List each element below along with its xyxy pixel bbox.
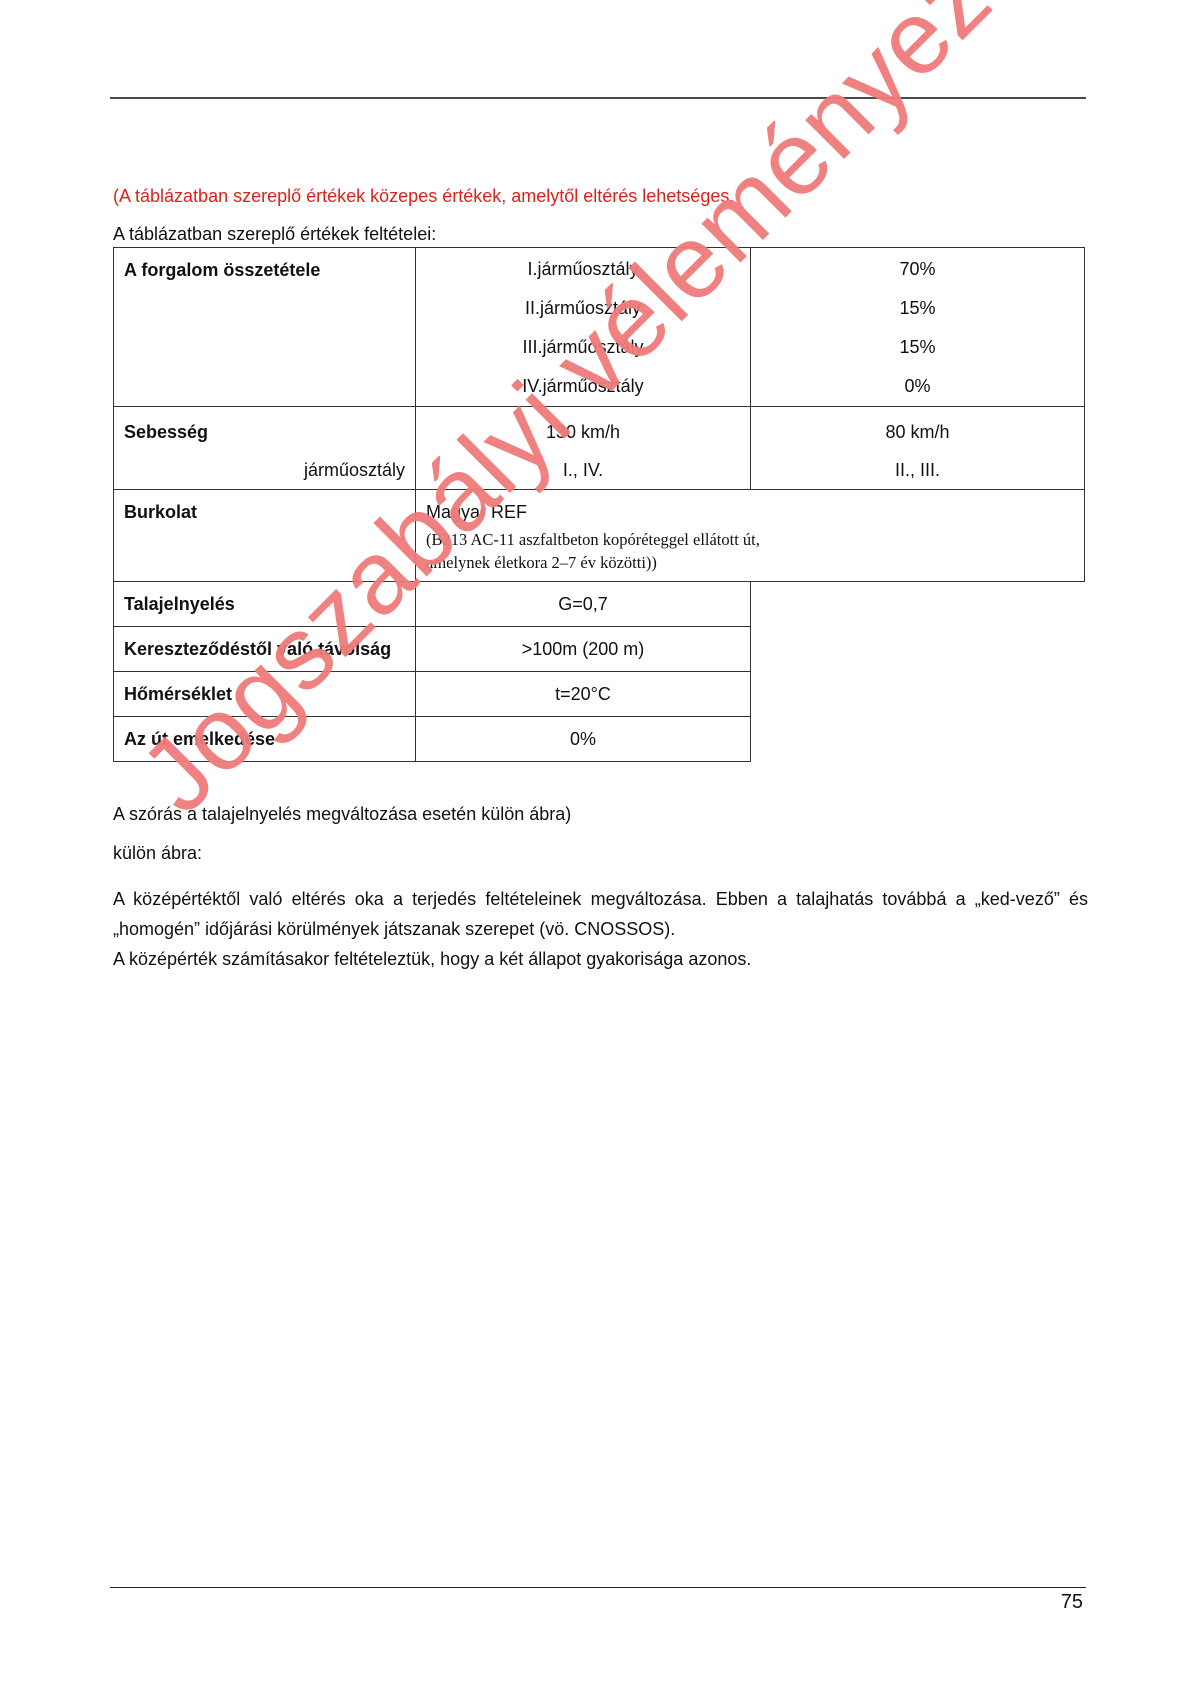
speed-a: 130 km/h xyxy=(416,413,750,451)
row-value: >100m (200 m) xyxy=(416,627,751,672)
surface-label: Burkolat xyxy=(114,490,416,582)
row-value: t=20°C xyxy=(416,672,751,717)
traffic-class: II.járműosztály xyxy=(416,289,750,328)
header-rule xyxy=(110,97,1086,99)
table-row: Talajelnyelés G=0,7 xyxy=(114,582,1085,627)
empty-cell xyxy=(751,582,1085,762)
traffic-share: 15% xyxy=(751,328,1084,367)
speed-b: 80 km/h xyxy=(751,413,1084,451)
row-label: Hőmérséklet xyxy=(114,672,416,717)
surface-detail-1: (B213 AC-11 aszfaltbeton kopóréteggel el… xyxy=(426,528,1074,551)
table-caption: A táblázatban szereplő értékek feltétele… xyxy=(113,223,436,245)
traffic-share: 0% xyxy=(751,367,1084,406)
paragraph-separate-figure: külön ábra: xyxy=(113,842,202,864)
traffic-share: 70% xyxy=(751,250,1084,289)
footer-rule xyxy=(110,1587,1086,1588)
row-label: Kereszteződéstől való távolság xyxy=(114,627,416,672)
table-row-speed: Sebesség járműosztály 130 km/h I., IV. 8… xyxy=(114,407,1085,490)
page-number: 75 xyxy=(1061,1591,1083,1614)
speed-b-classes: II., III. xyxy=(751,451,1084,489)
speed-a-classes: I., IV. xyxy=(416,451,750,489)
row-value: G=0,7 xyxy=(416,582,751,627)
table-row-surface: Burkolat Magyar REF (B213 AC-11 aszfaltb… xyxy=(114,490,1085,582)
row-label: Az út emelkedése xyxy=(114,717,416,762)
row-value: 0% xyxy=(416,717,751,762)
paragraph-scatter: A szórás a talajelnyelés megváltozása es… xyxy=(113,803,571,825)
speed-a-cell: 130 km/h I., IV. xyxy=(416,407,751,490)
speed-label-cell: Sebesség járműosztály xyxy=(114,407,416,490)
table-row-traffic: A forgalom összetétele I.járműosztály II… xyxy=(114,248,1085,407)
surface-value-cell: Magyar REF (B213 AC-11 aszfaltbeton kopó… xyxy=(416,490,1085,582)
paragraph-mean: A középérték számításakor feltételeztük,… xyxy=(113,948,751,970)
paragraph-deviation: A középértéktől való eltérés oka a terje… xyxy=(113,884,1088,944)
traffic-class: I.járműosztály xyxy=(416,250,750,289)
conditions-table: A forgalom összetétele I.járműosztály II… xyxy=(113,247,1085,762)
note-red: (A táblázatban szereplő értékek közepes … xyxy=(113,185,734,207)
traffic-class: IV.járműosztály xyxy=(416,367,750,406)
traffic-class: III.járműosztály xyxy=(416,328,750,367)
traffic-classes: I.járműosztály II.járműosztály III.jármű… xyxy=(416,248,751,407)
surface-detail-2: amelynek életkora 2–7 év közötti)) xyxy=(426,551,1074,574)
traffic-shares: 70% 15% 15% 0% xyxy=(751,248,1085,407)
traffic-share: 15% xyxy=(751,289,1084,328)
row-label: Talajelnyelés xyxy=(114,582,416,627)
speed-sublabel: járműosztály xyxy=(114,451,415,489)
traffic-label: A forgalom összetétele xyxy=(114,248,416,407)
speed-label: Sebesség xyxy=(114,413,415,451)
surface-value: Magyar REF xyxy=(426,500,1074,524)
speed-b-cell: 80 km/h II., III. xyxy=(751,407,1085,490)
